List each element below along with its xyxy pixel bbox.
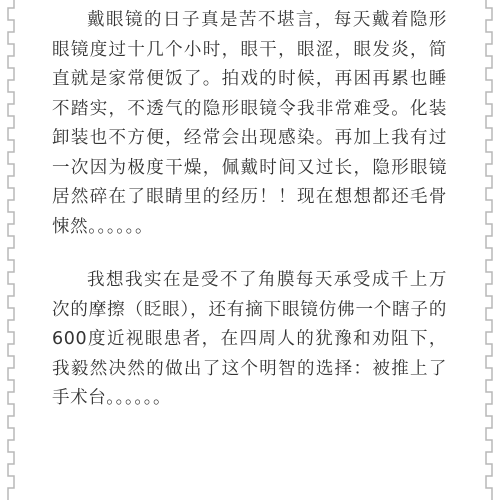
article-body: 戴眼镜的日子真是苦不堪言，每天戴着隐形眼镜度过十几个小时，眼干，眼涩，眼发炎，简… xyxy=(52,6,447,414)
paragraph-contact-lens-experience: 戴眼镜的日子真是苦不堪言，每天戴着隐形眼镜度过十几个小时，眼干，眼涩，眼发炎，简… xyxy=(52,6,447,242)
notched-border-left xyxy=(2,0,16,500)
notched-border-right xyxy=(484,0,498,500)
paragraph-surgery-decision: 我想我实在是受不了角膜每天承受成千上万次的摩擦（眨眼），还有摘下眼镜仿佛一个瞎子… xyxy=(52,266,447,414)
